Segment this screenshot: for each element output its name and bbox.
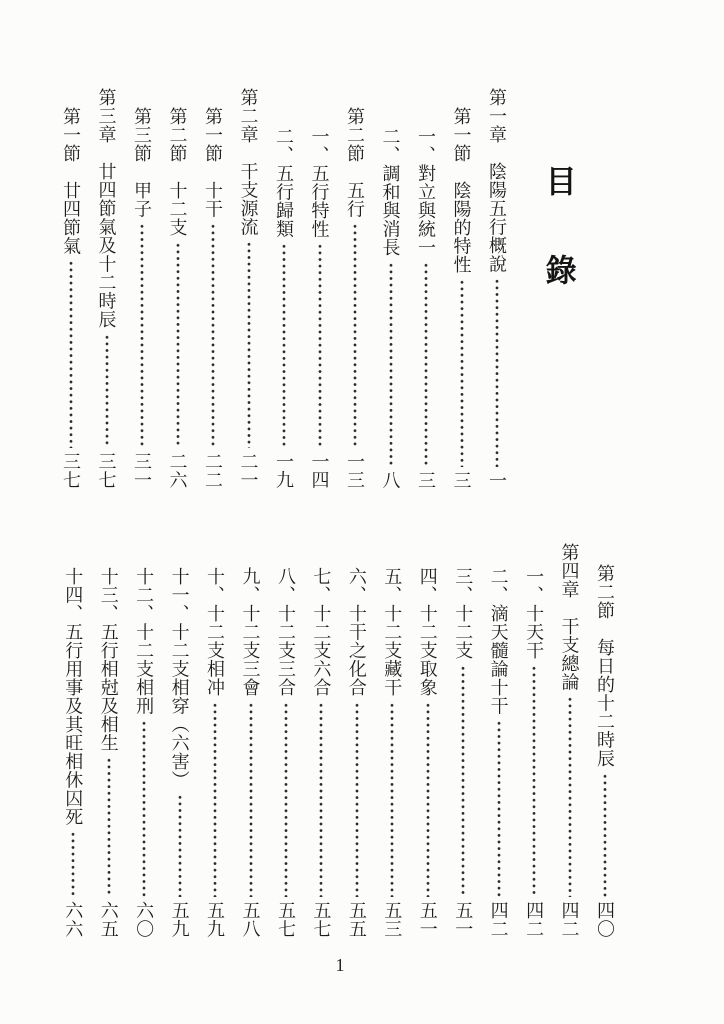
toc-entry: 八、十二支三合 五七 xyxy=(269,567,303,938)
dot-leader xyxy=(460,665,466,898)
dot-leader xyxy=(317,243,323,448)
toc-entry-page: 八 xyxy=(382,471,400,490)
toc-entry: 第二章 干支源流 二一 xyxy=(232,88,266,489)
toc-entry-page: 五九 xyxy=(171,901,189,938)
dot-leader xyxy=(281,243,287,448)
toc-entry: 二、滴天髓論十干 四二 xyxy=(482,567,516,938)
toc-entry: 十、十二支相冲 五九 xyxy=(198,567,232,938)
toc-entry: 七、十二支六合 五七 xyxy=(304,567,338,938)
toc-entry-label: 第二節 每日的十二時辰 xyxy=(596,564,614,768)
toc-entry-label: 第三章 廿四節氣及十二時辰 xyxy=(98,88,116,329)
toc-entry: 十二、十二支相刑 六〇 xyxy=(127,567,161,938)
toc-entry: 第四章 干支總論 四二 xyxy=(553,543,587,938)
toc-entry-page: 二二 xyxy=(204,452,222,489)
toc-entry: 第三節 甲子 三一 xyxy=(125,107,159,489)
toc-entry-page: 一四 xyxy=(311,452,329,489)
toc-entry: 十一、十二支相穿（六害） 五九 xyxy=(163,567,197,938)
toc-page: 目錄 第一章 陰陽五行概說 一 第一節 陰陽的特性 三 一、對立與統一 三 二、… xyxy=(0,0,724,1024)
toc-entry-label: 二、五行歸類 xyxy=(275,127,293,238)
dot-leader xyxy=(388,262,394,467)
dot-leader xyxy=(389,702,395,898)
dot-leader xyxy=(210,223,216,448)
toc-entry-label: 五、十二支藏干 xyxy=(383,567,401,697)
toc-entry-label: 第二節 五行 xyxy=(346,107,364,218)
toc-entry-label: 八、十二支三合 xyxy=(277,567,295,697)
toc-entry-label: 第二章 干支源流 xyxy=(240,88,258,236)
toc-entry-page: 三七 xyxy=(62,452,80,489)
toc-entry-label: 一、對立與統一 xyxy=(417,127,435,257)
toc-entry-page: 四二 xyxy=(561,901,579,938)
dot-leader xyxy=(175,242,181,449)
toc-entry-page: 五三 xyxy=(383,901,401,938)
toc-entry-page: 五五 xyxy=(348,901,366,938)
toc-entry-page: 五一 xyxy=(454,901,472,938)
toc-entry-label: 第一節 陰陽的特性 xyxy=(453,107,471,274)
toc-entry-page: 三七 xyxy=(98,452,116,489)
toc-entry-label: 十四、五行用事及其旺相休囚死 xyxy=(64,567,82,826)
toc-entry: 二、五行歸類 一九 xyxy=(267,127,301,489)
toc-entry-label: 三、十二支 xyxy=(454,567,472,660)
dot-leader xyxy=(68,260,74,448)
dot-leader xyxy=(567,696,573,897)
dot-leader xyxy=(139,223,145,448)
dot-leader xyxy=(246,241,252,448)
dot-leader xyxy=(318,702,324,898)
dot-leader xyxy=(141,720,147,897)
toc-entry-label: 十三、五行相尅及相生 xyxy=(100,567,118,752)
toc-entry-label: 第四章 干支總論 xyxy=(561,543,579,691)
dot-leader xyxy=(494,278,500,467)
toc-entry-label: 七、十二支六合 xyxy=(312,567,330,697)
dot-leader xyxy=(496,720,502,897)
dot-leader xyxy=(425,702,431,898)
toc-entry-label: 六、十干之化合 xyxy=(348,567,366,697)
toc-entry-page: 五七 xyxy=(277,901,295,938)
toc-entry-page: 六〇 xyxy=(135,901,153,938)
toc-entry-label: 一、十天干 xyxy=(525,567,543,660)
toc-entry: 第一節 陰陽的特性 三 xyxy=(445,107,479,489)
toc-entry: 一、對立與統一 三 xyxy=(409,127,443,489)
toc-entry: 五、十二支藏干 五三 xyxy=(375,567,409,938)
toc-entry-page: 四〇 xyxy=(596,901,614,938)
toc-entry: 第二節 每日的十二時辰 四〇 xyxy=(588,564,622,938)
toc-entry-label: 第一節 廿四節氣 xyxy=(62,107,80,255)
toc-entry: 六、十干之化合 五五 xyxy=(340,567,374,938)
toc-entry-label: 二、滴天髓論十干 xyxy=(490,567,508,715)
toc-entry: 第二節 十二支 二六 xyxy=(161,107,195,489)
dot-leader xyxy=(248,702,254,898)
toc-entry-page: 一三 xyxy=(346,452,364,489)
toc-entry: 第一節 廿四節氣 三七 xyxy=(54,107,88,489)
toc-entry: 十三、五行相尅及相生 六五 xyxy=(92,567,126,938)
toc-entry-label: 第一節 十干 xyxy=(204,107,222,218)
toc-entry: 第一章 陰陽五行概說 一 xyxy=(480,88,514,489)
dot-leader xyxy=(283,702,289,898)
toc-entry-label: 九、十二支三會 xyxy=(242,567,260,697)
toc-entry-page: 六五 xyxy=(100,901,118,938)
toc-entry-label: 一、五行特性 xyxy=(311,127,329,238)
dot-leader xyxy=(459,279,465,467)
toc-entry-page: 六六 xyxy=(64,901,82,938)
toc-entry-page: 五七 xyxy=(312,901,330,938)
toc-entry: 第二節 五行 一三 xyxy=(338,107,372,489)
dot-leader xyxy=(177,794,183,897)
dot-leader xyxy=(354,702,360,898)
toc-entry-page: 一九 xyxy=(275,452,293,489)
dot-leader xyxy=(70,831,76,897)
toc-entry-page: 一 xyxy=(488,471,506,490)
folio-page-number: 1 xyxy=(320,955,360,976)
toc-entry-page: 五九 xyxy=(206,901,224,938)
toc-entry-page: 五一 xyxy=(419,901,437,938)
dot-leader xyxy=(352,223,358,448)
toc-entry-label: 二、調和與消長 xyxy=(382,127,400,257)
toc-entry: 十四、五行用事及其旺相休囚死 六六 xyxy=(56,567,90,938)
toc-entry-label: 第二節 十二支 xyxy=(169,107,187,237)
dot-leader xyxy=(212,702,218,898)
toc-entry: 三、十二支 五一 xyxy=(446,567,480,938)
toc-entry-page: 四二 xyxy=(525,901,543,938)
page-title: 目錄 xyxy=(540,165,576,343)
toc-entry: 第三章 廿四節氣及十二時辰 三七 xyxy=(90,88,124,489)
dot-leader xyxy=(104,334,110,449)
toc-entry-label: 第一章 陰陽五行概說 xyxy=(488,88,506,273)
toc-entry: 二、調和與消長 八 xyxy=(374,127,408,489)
toc-entry-page: 二一 xyxy=(240,452,258,489)
toc-entry: 九、十二支三會 五八 xyxy=(234,567,268,938)
dot-leader xyxy=(106,757,112,897)
toc-entry-label: 四、十二支取象 xyxy=(419,567,437,697)
toc-entry-page: 三 xyxy=(453,471,471,490)
dot-leader xyxy=(423,262,429,467)
dot-leader xyxy=(531,665,537,898)
dot-leader xyxy=(602,773,608,898)
toc-entry: 第一節 十干 二二 xyxy=(196,107,230,489)
toc-entry-label: 十二、十二支相刑 xyxy=(135,567,153,715)
toc-entry-page: 三一 xyxy=(133,452,151,489)
toc-entry-page: 四二 xyxy=(490,901,508,938)
toc-entry-label: 十一、十二支相穿（六害） xyxy=(171,567,189,789)
toc-entry-label: 十、十二支相冲 xyxy=(206,567,224,697)
toc-entry: 一、五行特性 一四 xyxy=(303,127,337,489)
toc-entry-page: 二六 xyxy=(169,452,187,489)
toc-entry: 四、十二支取象 五一 xyxy=(411,567,445,938)
toc-entry: 一、十天干 四二 xyxy=(517,567,551,938)
toc-entry-label: 第三節 甲子 xyxy=(133,107,151,218)
toc-entry-page: 三 xyxy=(417,471,435,490)
toc-entry-page: 五八 xyxy=(242,901,260,938)
